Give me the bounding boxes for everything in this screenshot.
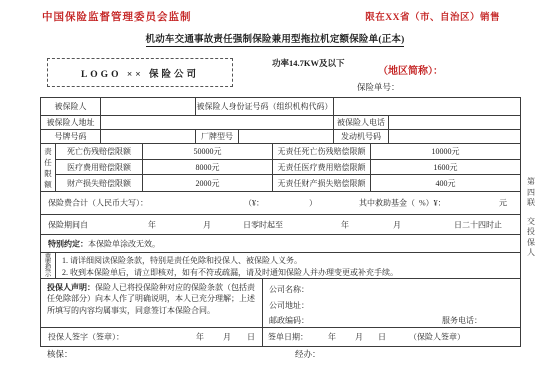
issue-year: 年	[328, 332, 336, 343]
signature-row: 投保人签字（签章）： 年 月 日 签单日期： 年 月 日 （保险人签章）	[41, 328, 520, 346]
period-row: 保险期间自 年 月 日零时起至 年 月 日二十四时止	[41, 215, 520, 235]
period-month-end: 月	[393, 219, 401, 230]
premium-yuan-close: ）	[309, 198, 317, 209]
service-phone-label: 服务电话：	[442, 313, 482, 329]
insurance-policy-sheet: 中国保险监督管理委员会监制 限在XX省（市、自治区）销售 机动车交通事故责任强制…	[0, 0, 550, 366]
important-notice-block: 重要提示 1. 请详细阅读保险条款，特别是责任免除和投保人、被保险人义务。 2.…	[41, 253, 520, 279]
liability-limit-rows: 死亡伤残赔偿限额 50000元 无责任死亡伤残赔偿限额 10000元 医疗费用赔…	[56, 144, 520, 191]
special-agreement-row: 特别约定：本保险单涂改无效。	[41, 235, 520, 253]
address-value-cell	[101, 116, 334, 129]
company-address-line: 公司地址：	[269, 298, 520, 314]
liability-limit-vertical-label: 责任限额	[41, 144, 56, 191]
region-abbr-label: （地区简称）：	[378, 62, 443, 77]
limit-row-death: 死亡伤残赔偿限额 50000元 无责任死亡伤残赔偿限额 10000元	[56, 144, 520, 160]
postcode-phone-line: 邮政编码：服务电话：	[269, 313, 520, 329]
postcode-label: 邮政编码：	[269, 316, 309, 325]
applicant-signature-label: 投保人签字（签章）：	[48, 332, 124, 343]
model-label-cell: 厂牌型号	[196, 130, 239, 143]
issuer-text: 中国保险监督管理委员会监制	[42, 9, 192, 24]
period-label: 保险期间自	[48, 219, 88, 230]
notice-item-2: 2. 收到本保险单后，请立即核对，如有不符或疏漏，请及时通知保险人并办理变更或补…	[62, 267, 520, 279]
no-fault-limit-value: 1600元	[371, 160, 520, 175]
engine-label-cell: 发动机号码	[334, 130, 389, 143]
applicant-declaration-text: 投保人声明：保险人已将投保险种对应的保险条款（包括责任免除部分）向本人作了明确说…	[41, 279, 262, 316]
premium-total-label: 保险费合计（人民币大写）：	[48, 198, 148, 209]
phone-label-cell: 被保险人电话	[334, 116, 389, 129]
copy-number-side-note: 第四联 交投保人	[526, 177, 536, 259]
copy-recipient-text: 交投保人	[526, 217, 536, 259]
period-to-label: 日二十四时止	[454, 219, 502, 230]
handler-label: 经办：	[295, 348, 321, 360]
insured-id-value-cell	[334, 98, 520, 115]
limit-name: 财产损失赔偿限额	[56, 175, 143, 191]
company-logo: LOGO ×× 保险公司	[81, 66, 199, 80]
sig-month: 月	[223, 332, 231, 343]
period-month-start: 月	[203, 219, 211, 230]
issue-day: 日	[378, 332, 386, 343]
plate-label-cell: 号牌号码	[41, 130, 101, 143]
sig-day: 日	[247, 332, 255, 343]
row-vehicle: 号牌号码 厂牌型号 发动机号码	[41, 130, 520, 144]
copy-number-text: 第四联	[526, 177, 536, 209]
period-year-start: 年	[148, 219, 156, 230]
policy-number-label: 保险单号：	[357, 81, 400, 93]
policy-form-table: 被保险人 被保险人身份证号码（组织机构代码） 被保险人地址 被保险人电话 号牌号…	[40, 97, 521, 347]
rescue-fund-pct: %）¥：	[419, 198, 446, 209]
no-fault-limit-value: 10000元	[371, 144, 520, 159]
row-insured: 被保险人 被保险人身份证号码（组织机构代码）	[41, 98, 520, 116]
premium-row: 保险费合计（人民币大写）： （¥： ） 其中救助基金（ %）¥： 元	[41, 192, 520, 215]
special-agreement-body: 本保险单涂改无效。	[88, 239, 160, 248]
applicant-declaration-label: 投保人声明：	[47, 283, 95, 292]
limit-value: 8000元	[143, 160, 273, 175]
issue-date-label: 签单日期：	[268, 332, 308, 343]
title-row: 机动车交通事故责任强制保险兼用型拖拉机定额保险单(正本)	[0, 31, 550, 47]
limit-row-medical: 医疗费用赔偿限额 8000元 无责任医疗费用赔偿限额 1600元	[56, 160, 520, 176]
region-limit-text: 限在XX省（市、自治区）销售	[365, 9, 500, 23]
important-notice-items: 1. 请详细阅读保险条款，特别是责任免除和投保人、被保险人义务。 2. 收到本保…	[56, 253, 520, 278]
premium-yuan-open: （¥：	[244, 198, 264, 209]
no-fault-limit-value: 400元	[371, 175, 520, 191]
declaration-row: 投保人声明：保险人已将投保险种对应的保险条款（包括责任免除部分）向本人作了明确说…	[41, 279, 520, 328]
limit-value: 2000元	[143, 175, 273, 191]
applicant-declaration-cell: 投保人声明：保险人已将投保险种对应的保险条款（包括责任免除部分）向本人作了明确说…	[41, 279, 263, 327]
period-year-end: 年	[341, 219, 349, 230]
important-notice-vertical-label: 重要提示	[41, 253, 56, 278]
no-fault-limit-name: 无责任医疗费用赔偿限额	[273, 160, 371, 175]
insured-id-label-cell: 被保险人身份证号码（组织机构代码）	[196, 98, 334, 115]
company-name-line: 公司名称：	[269, 282, 520, 298]
period-from-label: 日零时起至	[243, 219, 283, 230]
model-value-cell	[239, 130, 334, 143]
company-info-cell: 公司名称： 公司地址： 邮政编码：服务电话：	[263, 279, 520, 327]
logo-box: LOGO ×× 保险公司	[47, 58, 233, 87]
rescue-fund-label: 其中救助基金（	[359, 198, 415, 209]
issue-month: 月	[355, 332, 363, 343]
no-fault-limit-name: 无责任死亡伤残赔偿限额	[273, 144, 371, 159]
limit-name: 医疗费用赔偿限额	[56, 160, 143, 175]
underwrite-label: 核保：	[47, 348, 73, 360]
special-agreement-label: 特别约定：	[48, 239, 88, 248]
insurer-seal-label: （保险人签章）	[409, 332, 465, 343]
limit-value: 50000元	[143, 144, 273, 159]
engine-value-cell	[389, 130, 520, 143]
power-limit-text: 功率14.7KW及以下	[272, 57, 345, 69]
plate-value-cell	[101, 130, 196, 143]
limit-name: 死亡伤残赔偿限额	[56, 144, 143, 159]
insured-value-cell	[101, 98, 196, 115]
issue-date-cell: 签单日期： 年 月 日 （保险人签章）	[263, 328, 520, 346]
row-address: 被保险人地址 被保险人电话	[41, 116, 520, 130]
sig-year: 年	[196, 332, 204, 343]
applicant-signature-cell: 投保人签字（签章）： 年 月 日	[41, 328, 263, 346]
phone-value-cell	[389, 116, 520, 129]
limit-row-property: 财产损失赔偿限额 2000元 无责任财产损失赔偿限额 400元	[56, 175, 520, 191]
page-title: 机动车交通事故责任强制保险兼用型拖拉机定额保险单(正本)	[146, 31, 405, 47]
insured-label-cell: 被保险人	[41, 98, 101, 115]
special-agreement-text: 特别约定：本保险单涂改无效。	[48, 238, 160, 249]
no-fault-limit-name: 无责任财产损失赔偿限额	[273, 175, 371, 191]
premium-yuan-unit: 元	[499, 198, 507, 209]
notice-item-1: 1. 请详细阅读保险条款，特别是责任免除和投保人、被保险人义务。	[62, 255, 520, 267]
liability-limits-block: 责任限额 死亡伤残赔偿限额 50000元 无责任死亡伤残赔偿限额 10000元 …	[41, 144, 520, 192]
address-label-cell: 被保险人地址	[41, 116, 101, 129]
